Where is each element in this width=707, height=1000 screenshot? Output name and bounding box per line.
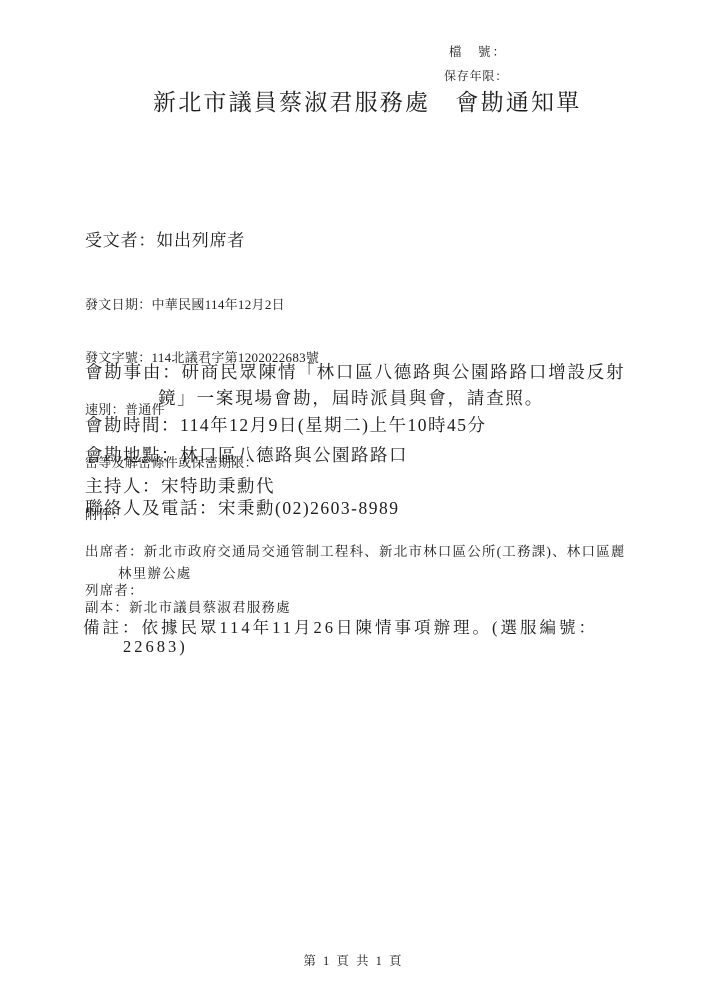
inspection-location-line: 會勘地點：林口區八德路與公園路路口	[85, 442, 408, 467]
retention-period-label: 保存年限：	[444, 67, 508, 84]
page-number-footer: 第 1 頁 共 1 頁	[0, 951, 707, 969]
attendees-line1: 出席者：新北市政府交通局交通管制工程科、新北市林口區公所(工務課)、林口區麗	[85, 540, 626, 560]
contact-phone-line: 聯絡人及電話：宋秉勳(02)2603-8989	[85, 495, 399, 520]
recipient-line: 受文者：如出列席者	[85, 226, 245, 251]
remarks-line1: 備註：依據民眾114年11月26日陳情事項辦理。(選服編號：	[83, 614, 598, 638]
inspection-subject-line1: 會勘事由：研商民眾陳情「林口區八德路與公園路路口增設反射	[85, 359, 625, 384]
file-number-label: 檔 號：	[449, 42, 507, 60]
notice-document-page: 檔 號： 保存年限： 新北市議員蔡淑君服務處 會勘通知單 受文者：如出列席者 發…	[0, 0, 707, 1000]
document-title: 新北市議員蔡淑君服務處 會勘通知單	[153, 84, 581, 117]
carbon-copy-line: 副本：新北市議員蔡淑君服務處	[85, 596, 291, 616]
inspection-subject-line2: 鏡」一案現場會勘，屆時派員與會，請查照。	[158, 385, 544, 410]
issue-date-line: 發文日期：中華民國114年12月2日	[85, 296, 319, 314]
inspection-time-line: 會勘時間：114年12月9日(星期二)上午10時45分	[85, 412, 487, 437]
remarks-line2: 22683)	[123, 637, 188, 657]
